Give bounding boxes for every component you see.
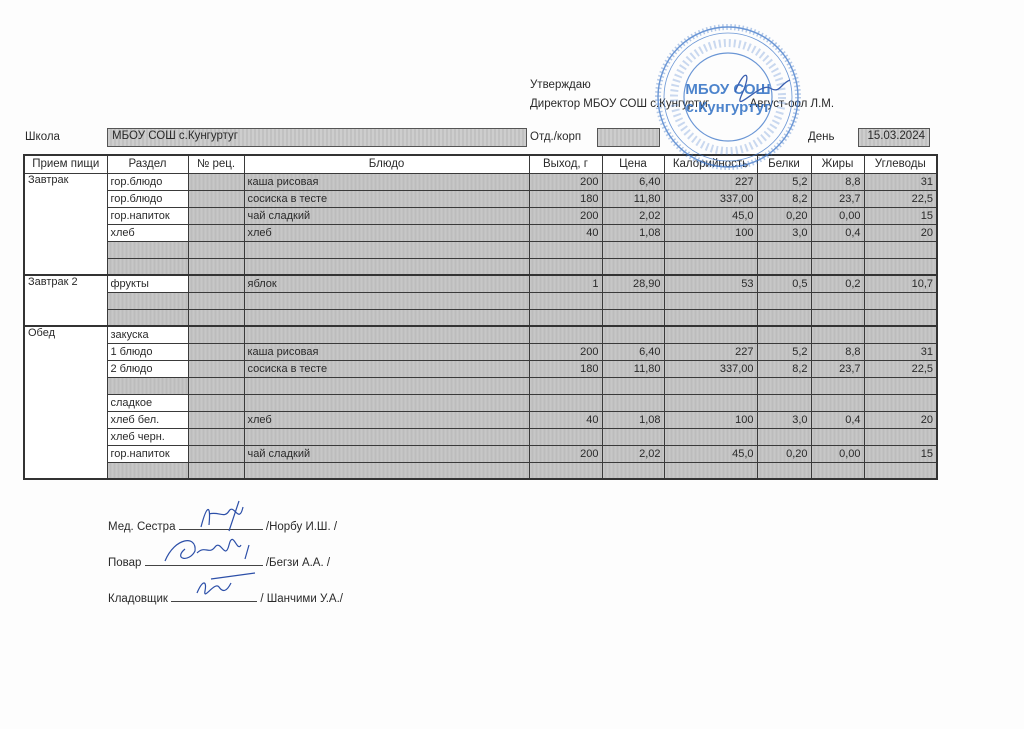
kcal-cell bbox=[664, 241, 757, 258]
carbs-cell bbox=[864, 292, 937, 309]
section-cell: хлеб бел. bbox=[107, 411, 188, 428]
meal-name-cell: Завтрак bbox=[24, 173, 107, 275]
dish-cell bbox=[244, 258, 529, 275]
protein-cell: 0,5 bbox=[757, 275, 811, 292]
fat-cell bbox=[811, 326, 864, 343]
table-row: Завтракгор.блюдокаша рисовая2006,402275,… bbox=[24, 173, 937, 190]
fat-cell: 8,8 bbox=[811, 173, 864, 190]
recipe-cell bbox=[188, 258, 244, 275]
protein-cell: 3,0 bbox=[757, 224, 811, 241]
fat-cell: 0,4 bbox=[811, 411, 864, 428]
fat-cell bbox=[811, 394, 864, 411]
carbs-cell bbox=[864, 428, 937, 445]
yield-cell bbox=[529, 326, 602, 343]
price-cell bbox=[602, 394, 664, 411]
price-cell: 2,02 bbox=[602, 445, 664, 462]
section-cell bbox=[107, 258, 188, 275]
section-cell: сладкое bbox=[107, 394, 188, 411]
carbs-cell bbox=[864, 241, 937, 258]
carbs-cell: 22,5 bbox=[864, 360, 937, 377]
yield-cell: 200 bbox=[529, 343, 602, 360]
protein-cell: 3,0 bbox=[757, 411, 811, 428]
yield-cell: 40 bbox=[529, 411, 602, 428]
price-cell bbox=[602, 462, 664, 479]
signature-cook: Повар /Бегзи А.А. / bbox=[108, 553, 330, 569]
meal-name-cell: Завтрак 2 bbox=[24, 275, 107, 326]
col-dish: Блюдо bbox=[244, 155, 529, 173]
protein-cell bbox=[757, 377, 811, 394]
yield-cell bbox=[529, 258, 602, 275]
section-cell bbox=[107, 241, 188, 258]
price-cell bbox=[602, 309, 664, 326]
carbs-cell bbox=[864, 394, 937, 411]
section-cell bbox=[107, 309, 188, 326]
yield-cell bbox=[529, 428, 602, 445]
fat-cell bbox=[811, 377, 864, 394]
protein-cell: 5,2 bbox=[757, 173, 811, 190]
yield-cell bbox=[529, 241, 602, 258]
section-cell bbox=[107, 377, 188, 394]
section-cell: закуска bbox=[107, 326, 188, 343]
section-cell: гор.напиток bbox=[107, 207, 188, 224]
kcal-cell bbox=[664, 377, 757, 394]
dish-cell bbox=[244, 309, 529, 326]
carbs-cell: 10,7 bbox=[864, 275, 937, 292]
protein-cell bbox=[757, 292, 811, 309]
table-row: хлебхлеб401,081003,00,420 bbox=[24, 224, 937, 241]
cook-signature-icon bbox=[145, 531, 263, 567]
kcal-cell bbox=[664, 258, 757, 275]
fat-cell bbox=[811, 428, 864, 445]
section-cell: гор.напиток bbox=[107, 445, 188, 462]
recipe-cell bbox=[188, 343, 244, 360]
fat-cell: 23,7 bbox=[811, 360, 864, 377]
carbs-cell: 20 bbox=[864, 411, 937, 428]
section-cell: 2 блюдо bbox=[107, 360, 188, 377]
kcal-cell: 100 bbox=[664, 224, 757, 241]
price-cell: 11,80 bbox=[602, 360, 664, 377]
school-label: Школа bbox=[25, 131, 60, 143]
recipe-cell bbox=[188, 207, 244, 224]
recipe-cell bbox=[188, 377, 244, 394]
meal-name-cell: Обед bbox=[24, 326, 107, 479]
recipe-cell bbox=[188, 275, 244, 292]
section-cell: хлеб черн. bbox=[107, 428, 188, 445]
fat-cell: 0,2 bbox=[811, 275, 864, 292]
col-meal: Прием пищи bbox=[24, 155, 107, 173]
nurse-signature-icon bbox=[179, 499, 263, 533]
yield-cell bbox=[529, 462, 602, 479]
dish-cell: яблок bbox=[244, 275, 529, 292]
carbs-cell bbox=[864, 326, 937, 343]
cook-name: /Бегзи А.А. / bbox=[266, 557, 330, 569]
price-cell bbox=[602, 326, 664, 343]
kcal-cell bbox=[664, 394, 757, 411]
dish-cell: каша рисовая bbox=[244, 343, 529, 360]
dish-cell: хлеб bbox=[244, 411, 529, 428]
carbs-cell bbox=[864, 309, 937, 326]
recipe-cell bbox=[188, 411, 244, 428]
price-cell: 6,40 bbox=[602, 173, 664, 190]
table-row: хлеб бел.хлеб401,081003,00,420 bbox=[24, 411, 937, 428]
recipe-cell bbox=[188, 445, 244, 462]
kcal-cell bbox=[664, 326, 757, 343]
dish-cell: сосиска в тесте bbox=[244, 360, 529, 377]
kcal-cell bbox=[664, 309, 757, 326]
protein-cell: 0,20 bbox=[757, 207, 811, 224]
protein-cell: 8,2 bbox=[757, 360, 811, 377]
recipe-cell bbox=[188, 309, 244, 326]
carbs-cell bbox=[864, 462, 937, 479]
dish-cell: каша рисовая bbox=[244, 173, 529, 190]
col-recipe: № рец. bbox=[188, 155, 244, 173]
carbs-cell: 22,5 bbox=[864, 190, 937, 207]
price-cell: 11,80 bbox=[602, 190, 664, 207]
fat-cell: 0,4 bbox=[811, 224, 864, 241]
storekeeper-role: Кладовщик bbox=[108, 593, 168, 605]
fat-cell bbox=[811, 258, 864, 275]
protein-cell bbox=[757, 241, 811, 258]
price-cell: 1,08 bbox=[602, 224, 664, 241]
price-cell: 1,08 bbox=[602, 411, 664, 428]
fat-cell: 0,00 bbox=[811, 207, 864, 224]
school-field: МБОУ СОШ с.Кунгуртуг bbox=[107, 128, 527, 147]
protein-cell bbox=[757, 428, 811, 445]
price-cell bbox=[602, 241, 664, 258]
dish-cell bbox=[244, 292, 529, 309]
kcal-cell bbox=[664, 428, 757, 445]
kcal-cell: 337,00 bbox=[664, 360, 757, 377]
table-row: гор.блюдососиска в тесте18011,80337,008,… bbox=[24, 190, 937, 207]
fat-cell: 8,8 bbox=[811, 343, 864, 360]
recipe-cell bbox=[188, 173, 244, 190]
yield-cell: 180 bbox=[529, 360, 602, 377]
table-row bbox=[24, 462, 937, 479]
dish-cell: чай сладкий bbox=[244, 207, 529, 224]
section-cell: 1 блюдо bbox=[107, 343, 188, 360]
yield-cell bbox=[529, 394, 602, 411]
kcal-cell: 227 bbox=[664, 343, 757, 360]
protein-cell: 0,20 bbox=[757, 445, 811, 462]
dish-cell bbox=[244, 394, 529, 411]
section-cell: хлеб bbox=[107, 224, 188, 241]
kcal-cell: 227 bbox=[664, 173, 757, 190]
yield-cell bbox=[529, 377, 602, 394]
storekeeper-signature-icon bbox=[171, 571, 257, 601]
protein-cell bbox=[757, 462, 811, 479]
carbs-cell: 20 bbox=[864, 224, 937, 241]
protein-cell bbox=[757, 309, 811, 326]
table-row bbox=[24, 258, 937, 275]
col-yield: Выход, г bbox=[529, 155, 602, 173]
recipe-cell bbox=[188, 292, 244, 309]
price-cell bbox=[602, 258, 664, 275]
price-cell: 28,90 bbox=[602, 275, 664, 292]
carbs-cell: 31 bbox=[864, 343, 937, 360]
dish-cell bbox=[244, 377, 529, 394]
col-carbs: Углеводы bbox=[864, 155, 937, 173]
dish-cell: сосиска в тесте bbox=[244, 190, 529, 207]
fat-cell: 0,00 bbox=[811, 445, 864, 462]
stamp-line1: МБОУ СОШ bbox=[685, 81, 770, 98]
section-cell: фрукты bbox=[107, 275, 188, 292]
recipe-cell bbox=[188, 360, 244, 377]
table-row bbox=[24, 292, 937, 309]
fat-cell: 23,7 bbox=[811, 190, 864, 207]
recipe-cell bbox=[188, 462, 244, 479]
storekeeper-name: / Шанчими У.А./ bbox=[260, 593, 343, 605]
protein-cell bbox=[757, 258, 811, 275]
recipe-cell bbox=[188, 224, 244, 241]
recipe-cell bbox=[188, 394, 244, 411]
carbs-cell: 15 bbox=[864, 445, 937, 462]
kcal-cell: 53 bbox=[664, 275, 757, 292]
dish-cell bbox=[244, 326, 529, 343]
kcal-cell: 45,0 bbox=[664, 445, 757, 462]
table-row: гор.напитокчай сладкий2002,0245,00,200,0… bbox=[24, 445, 937, 462]
price-cell: 2,02 bbox=[602, 207, 664, 224]
protein-cell: 5,2 bbox=[757, 343, 811, 360]
carbs-cell: 15 bbox=[864, 207, 937, 224]
school-stamp: МБОУ СОШ с.Кунгуртуг bbox=[640, 22, 815, 172]
day-field: 15.03.2024 bbox=[858, 128, 930, 147]
fat-cell bbox=[811, 241, 864, 258]
recipe-cell bbox=[188, 428, 244, 445]
price-cell bbox=[602, 377, 664, 394]
kcal-cell bbox=[664, 292, 757, 309]
dish-cell bbox=[244, 241, 529, 258]
fat-cell bbox=[811, 309, 864, 326]
yield-cell: 180 bbox=[529, 190, 602, 207]
protein-cell: 8,2 bbox=[757, 190, 811, 207]
yield-cell: 200 bbox=[529, 445, 602, 462]
table-row: Завтрак 2фруктыяблок128,90530,50,210,7 bbox=[24, 275, 937, 292]
table-row: хлеб черн. bbox=[24, 428, 937, 445]
yield-cell: 200 bbox=[529, 173, 602, 190]
dish-cell: хлеб bbox=[244, 224, 529, 241]
section-cell: гор.блюдо bbox=[107, 190, 188, 207]
protein-cell bbox=[757, 394, 811, 411]
dish-cell bbox=[244, 462, 529, 479]
col-section: Раздел bbox=[107, 155, 188, 173]
recipe-cell bbox=[188, 190, 244, 207]
menu-table: Прием пищи Раздел № рец. Блюдо Выход, г … bbox=[23, 154, 938, 480]
table-row: 2 блюдососиска в тесте18011,80337,008,22… bbox=[24, 360, 937, 377]
protein-cell bbox=[757, 326, 811, 343]
kcal-cell bbox=[664, 462, 757, 479]
yield-cell: 1 bbox=[529, 275, 602, 292]
carbs-cell bbox=[864, 377, 937, 394]
price-cell bbox=[602, 428, 664, 445]
yield-cell bbox=[529, 309, 602, 326]
signature-storekeeper: Кладовщик / Шанчими У.А./ bbox=[108, 589, 343, 605]
table-row: сладкое bbox=[24, 394, 937, 411]
nurse-name: /Норбу И.Ш. / bbox=[266, 521, 337, 533]
dept-label: Отд./корп bbox=[530, 131, 581, 143]
price-cell: 6,40 bbox=[602, 343, 664, 360]
table-row bbox=[24, 377, 937, 394]
fat-cell bbox=[811, 292, 864, 309]
fat-cell bbox=[811, 462, 864, 479]
carbs-cell: 31 bbox=[864, 173, 937, 190]
table-row: 1 блюдокаша рисовая2006,402275,28,831 bbox=[24, 343, 937, 360]
col-fat: Жиры bbox=[811, 155, 864, 173]
table-row bbox=[24, 241, 937, 258]
recipe-cell bbox=[188, 326, 244, 343]
table-row bbox=[24, 309, 937, 326]
section-cell bbox=[107, 462, 188, 479]
kcal-cell: 337,00 bbox=[664, 190, 757, 207]
dish-cell bbox=[244, 428, 529, 445]
dish-cell: чай сладкий bbox=[244, 445, 529, 462]
kcal-cell: 100 bbox=[664, 411, 757, 428]
recipe-cell bbox=[188, 241, 244, 258]
table-row: Обедзакуска bbox=[24, 326, 937, 343]
kcal-cell: 45,0 bbox=[664, 207, 757, 224]
section-cell: гор.блюдо bbox=[107, 173, 188, 190]
yield-cell: 200 bbox=[529, 207, 602, 224]
section-cell bbox=[107, 292, 188, 309]
table-row: гор.напитокчай сладкий2002,0245,00,200,0… bbox=[24, 207, 937, 224]
stamp-line2: с.Кунгуртуг bbox=[686, 99, 771, 116]
price-cell bbox=[602, 292, 664, 309]
cook-role: Повар bbox=[108, 557, 141, 569]
yield-cell: 40 bbox=[529, 224, 602, 241]
carbs-cell bbox=[864, 258, 937, 275]
yield-cell bbox=[529, 292, 602, 309]
